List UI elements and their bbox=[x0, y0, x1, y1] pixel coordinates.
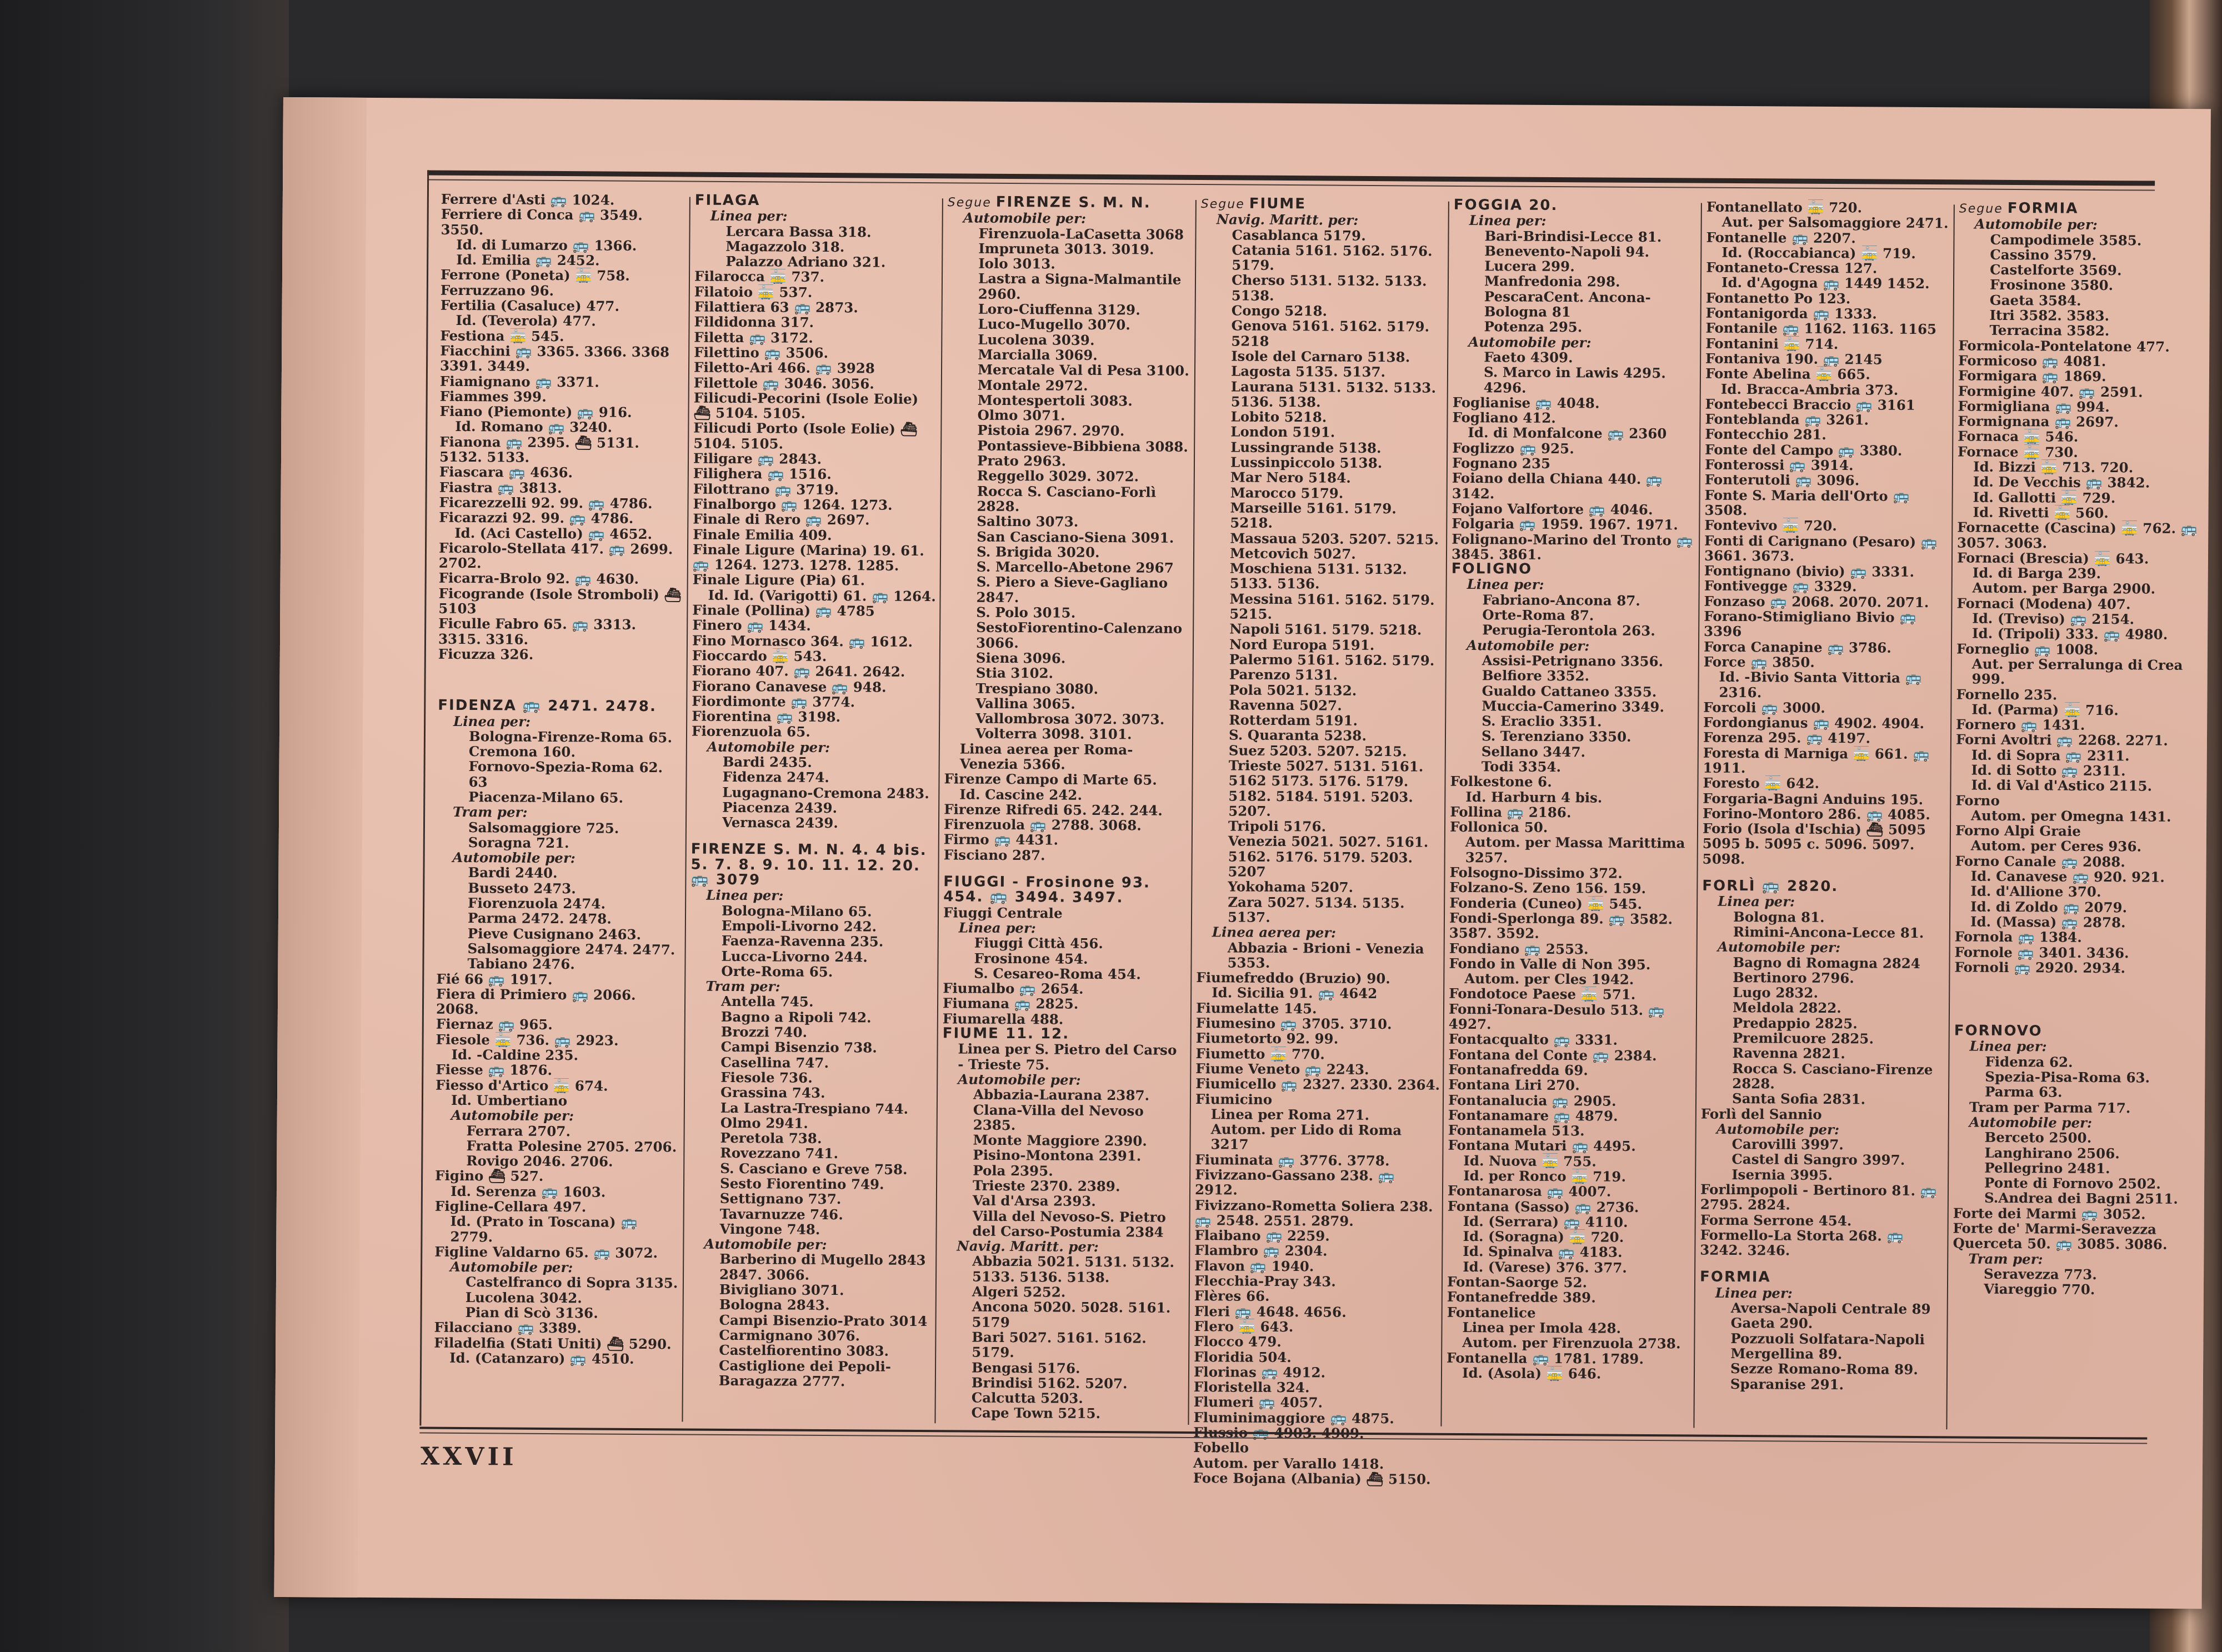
index-entry: Fiumefreddo (Bruzio) 90. bbox=[1196, 970, 1440, 987]
spacer bbox=[438, 662, 683, 675]
index-entry: Id. di Barga 239. bbox=[1957, 565, 2201, 582]
index-entry: Filighera 🚌 1516. bbox=[693, 466, 938, 483]
index-entry: Firenzuola 🚌 2788. 3068. bbox=[944, 817, 1188, 833]
heading-text: FORMIA bbox=[2008, 200, 2079, 217]
index-entry: Automobile per: bbox=[688, 1237, 933, 1253]
index-entry: Fivizzano-Gassano 238. 🚌 2912. bbox=[1195, 1167, 1439, 1199]
index-entry: Peretola 738. bbox=[689, 1130, 933, 1147]
index-entry: Ficuzza 326. bbox=[438, 647, 683, 663]
index-entry: Itri 3582. 3583. bbox=[1959, 308, 2203, 324]
index-entry: Barberino di Mugello 2843 2847. 3066. bbox=[688, 1251, 933, 1283]
index-entry: Palermo 5161. 5162. 5179. bbox=[1198, 652, 1443, 668]
index-entry: Fontanellato 🚋 720. bbox=[1706, 199, 1951, 216]
index-entry: Forno Canale 🚌 2088. bbox=[1955, 853, 2200, 870]
index-entry: Langhirano 2506. bbox=[1953, 1145, 2198, 1162]
index-entry: Fontanelle 🚌 2207. bbox=[1706, 229, 1950, 246]
index-entry: Perugia-Terontola 263. bbox=[1451, 622, 1695, 639]
index-entry: Benevento-Napoli 94. bbox=[1453, 243, 1698, 260]
index-entry: Fornoli 🚌 2920. 2934. bbox=[1954, 959, 2199, 976]
index-entry: Forni Avoltri 🚌 2268. 2271. bbox=[1956, 732, 2200, 749]
index-entry: Clana-Villa del Nevoso 2385. bbox=[942, 1102, 1187, 1134]
index-entry: Congo 5218. bbox=[1200, 303, 1445, 319]
index-entry: Linea per: bbox=[1700, 1285, 1944, 1301]
index-entry: Id. Canavese 🚌 920. 921. bbox=[1955, 868, 2199, 885]
index-entry: Abbazia-Laurana 2387. bbox=[942, 1087, 1187, 1103]
index-entry: Bardi 2440. bbox=[437, 865, 681, 882]
index-entry: Lugagnano-Cremona 2483. bbox=[691, 784, 935, 801]
index-entry: Fontanafredda 69. bbox=[1448, 1062, 1693, 1079]
index-entry: Fiernaz 🚌 965. bbox=[436, 1017, 680, 1033]
index-entry: Palazzo Adriano 321. bbox=[694, 254, 939, 271]
index-entry: Abbazia 5021. 5131. 5132. 5133. 5136. 51… bbox=[941, 1254, 1185, 1285]
index-entry: Flecchia-Pray 343. bbox=[1194, 1273, 1439, 1290]
index-entry: Follonica 50. bbox=[1450, 819, 1694, 836]
index-entry: Castiglione dei Pepoli-Baragazza 2777. bbox=[688, 1358, 932, 1389]
index-entry: Fonte del Campo 🚌 3380. bbox=[1705, 442, 1949, 458]
index-entry: Fontanelice bbox=[1447, 1305, 1691, 1321]
index-entry: Napoli 5161. 5179. 5218. bbox=[1198, 621, 1443, 638]
index-entry: Finero 🚌 1434. bbox=[692, 618, 937, 634]
section-heading: FOGGIA 20. bbox=[1454, 198, 1698, 214]
index-entry: Soragna 721. bbox=[437, 835, 682, 852]
index-entry: Filigare 🚌 2843. bbox=[693, 451, 938, 468]
index-entry: Id. Serenza 🚌 1603. bbox=[435, 1183, 679, 1200]
index-entry: Bari 5027. 5161. 5162. 5179. bbox=[940, 1329, 1185, 1361]
index-entry: Filetta 🚌 3172. bbox=[694, 329, 938, 346]
index-entry: Filicudi Porto (Isole Eolie) ⛴ 5104. 510… bbox=[693, 420, 938, 452]
spacer bbox=[1954, 987, 2199, 1001]
index-entry: Linea per: bbox=[438, 713, 682, 730]
index-entry: Seravezza 773. bbox=[1953, 1266, 2197, 1283]
scanned-page: Ferrere d'Asti 🚌 1024.Ferriere di Conca … bbox=[274, 97, 2211, 1609]
index-entry: S. Piero a Sieve-Gagliano 2847. bbox=[945, 574, 1189, 606]
index-entry: Id. Nuova 🚋 755. bbox=[1448, 1153, 1692, 1170]
index-entry: Brozzi 740. bbox=[690, 1024, 934, 1041]
section-heading: FORNOVO bbox=[1954, 1024, 2199, 1040]
index-entry: Ficarolo-Stellata 417. 🚌 2699. 2702. bbox=[439, 540, 683, 572]
index-entry: Linea per: bbox=[1702, 894, 1946, 910]
index-entry: Automobile per: bbox=[948, 211, 1192, 227]
index-entry: Fidenza 2474. bbox=[691, 769, 935, 786]
index-entry: Fino Mornasco 364. 🚌 1612. bbox=[692, 633, 937, 649]
index-entry: Gualdo Cattaneo 3355. bbox=[1450, 683, 1695, 699]
index-entry: Bardi 2435. bbox=[692, 754, 936, 770]
index-entry: Linea per Roma 271. bbox=[1195, 1107, 1440, 1123]
index-entry: Gaeta 3584. bbox=[1959, 292, 2203, 309]
index-entry: Fleri 🚌 4648. 4656. bbox=[1194, 1304, 1439, 1320]
index-entry: Autom. per Massa Marittima 3257. bbox=[1450, 834, 1694, 866]
index-entry: Metcovich 5027. bbox=[1199, 545, 1443, 562]
index-entry: Autom. per Varallo 1418. bbox=[1193, 1455, 1438, 1472]
index-entry: Fontebecci Braccio 🚌 3161 bbox=[1705, 397, 1950, 413]
index-entry: Catania 5161. 5162. 5176. 5179. bbox=[1200, 242, 1445, 274]
index-entry: Id. di Val d'Astico 2115. bbox=[1955, 778, 2200, 794]
index-entry: Fonni-Tonara-Desulo 513. 🚌 4927. bbox=[1449, 1002, 1693, 1033]
index-entry: Bagno a Ripoli 742. bbox=[690, 1009, 934, 1025]
index-entry: Fiumicino bbox=[1195, 1092, 1440, 1108]
index-entry: Fontanini 🚋 714. bbox=[1705, 336, 1950, 352]
index-entry: Firenze Rifredi 65. 242. 244. bbox=[944, 802, 1188, 818]
index-entry: Autom. per Omegna 1431. bbox=[1955, 808, 2200, 824]
index-entry: Sellano 3447. bbox=[1450, 744, 1695, 760]
index-entry: Cape Town 5215. bbox=[940, 1405, 1184, 1422]
index-entry: Id. d'Agogna 🚌 1449 1452. bbox=[1706, 275, 1950, 292]
index-entry: Pian di Scò 3136. bbox=[434, 1305, 679, 1321]
index-entry: Siena 3096. bbox=[945, 650, 1189, 667]
index-entry: Fontanamela 513. bbox=[1448, 1123, 1693, 1139]
index-entry: Magazzolo 318. bbox=[694, 238, 939, 255]
index-entry: Id. Spinalva 🚌 4183. bbox=[1447, 1244, 1691, 1260]
index-entry: Belfiore 3352. bbox=[1451, 668, 1695, 684]
index-entry: Ferriere di Conca 🚌 3549. 3550. bbox=[441, 207, 685, 238]
index-entry: Id. (Asola) 🚋 646. bbox=[1447, 1365, 1691, 1382]
index-entry: Empoli-Livorno 242. bbox=[690, 918, 935, 934]
index-entry: Fertilia (Casaluce) 477. bbox=[441, 298, 685, 314]
index-entry: Ravenna 2821. bbox=[1701, 1045, 1945, 1062]
index-entry: Aversa-Napoli Centrale 89 bbox=[1700, 1300, 1944, 1317]
index-entry: Linea aerea per: bbox=[1197, 924, 1441, 941]
index-entry: Fivizzano-Rometta Soliera 238. 🚌 2548. 2… bbox=[1195, 1198, 1439, 1229]
index-entry: Saltino 3073. bbox=[945, 514, 1190, 530]
index-entry: Aut. per Serralunga di Crea 999. bbox=[1956, 656, 2201, 688]
index-entry: Fondotoce Paese 🚋 571. bbox=[1449, 986, 1693, 1003]
index-entry: Frosinone 454. bbox=[943, 950, 1187, 967]
index-entry: Filetto-Ari 466. 🚌 3928 bbox=[694, 360, 938, 377]
index-entry: Lussingrande 5138. bbox=[1199, 439, 1444, 456]
index-entry: Id. Emilia 🚌 2452. bbox=[441, 252, 685, 269]
index-entry: Fonderia (Cuneo) 🚋 545. bbox=[1449, 895, 1694, 912]
index-entry: Tavarnuzze 746. bbox=[689, 1206, 933, 1223]
index-entry: Filadelfia (Stati Uniti) ⛴ 5290. bbox=[434, 1335, 678, 1351]
index-entry: Manfredonia 298. bbox=[1453, 273, 1698, 290]
index-entry: Ponte di Fornovo 2502. bbox=[1953, 1175, 2198, 1192]
index-entry: Fontanamare 🚌 4879. bbox=[1448, 1108, 1693, 1124]
index-entry: Folsogno-Dissimo 372. bbox=[1449, 865, 1694, 882]
index-entry: Forma Serrone 454. bbox=[1700, 1212, 1945, 1229]
index-entry: Fiumesino 🚌 3705. 3710. bbox=[1196, 1015, 1440, 1032]
index-entry: Piacenza-Milano 65. bbox=[437, 789, 682, 806]
index-entry: Fiorano Canavese 🚌 948. bbox=[692, 678, 936, 695]
index-entry: Fontaniva 190. 🚌 2145 bbox=[1705, 351, 1950, 368]
index-entry: Automobile per: bbox=[1701, 1121, 1945, 1138]
index-entry: Automobile per: bbox=[1453, 334, 1697, 351]
index-entry: Bengasi 5176. bbox=[940, 1360, 1185, 1376]
index-entry: S.Andrea dei Bagni 2511. bbox=[1953, 1190, 2198, 1207]
spacer bbox=[1954, 975, 2199, 989]
index-entry: Fisciano 287. bbox=[944, 847, 1188, 864]
index-entry: Navig. Maritt. per: bbox=[941, 1238, 1185, 1255]
index-entry: Filarocca 🚋 737. bbox=[694, 269, 939, 286]
index-entry: Id. (Catanzaro) 🚌 4510. bbox=[434, 1350, 678, 1367]
index-entry: Id. di Monfalcone 🚌 2360 bbox=[1452, 425, 1696, 442]
index-entry: Santa Sofia 2831. bbox=[1701, 1091, 1945, 1108]
index-entry: Fonterutoli 🚌 3096. bbox=[1705, 472, 1949, 489]
index-entry: Rimini-Ancona-Lecce 81. bbox=[1702, 924, 1946, 941]
index-entry: Fontan-Saorge 52. bbox=[1447, 1274, 1691, 1291]
index-entry: Ficarra-Brolo 92. 🚌 4630. bbox=[439, 570, 683, 587]
index-entry: Sezze Romano-Roma 89. bbox=[1699, 1361, 1944, 1378]
index-entry: Forano-Stimigliano Bivio 🚌 3396 bbox=[1704, 609, 1948, 640]
index-entry: Massaua 5203. 5207. 5215. bbox=[1199, 530, 1443, 547]
index-entry: Figino ⛴ 527. bbox=[435, 1168, 679, 1185]
index-entry: Foglianise 🚌 4048. bbox=[1453, 395, 1697, 412]
index-entry: Isole del Carnaro 5138. bbox=[1200, 348, 1444, 365]
index-entry: Fonzaso 🚌 2068. 2070. 2071. bbox=[1704, 593, 1948, 610]
index-entry: Automobile per: bbox=[434, 1259, 679, 1276]
spacer bbox=[438, 674, 683, 688]
index-entry: Fluminimaggiore 🚌 4875. bbox=[1193, 1410, 1438, 1426]
index-entry: Forio (Isola d'Ischia) ⛴ 5095 5095 b. 50… bbox=[1703, 821, 1947, 868]
section-heading: SegueFORMIA bbox=[1959, 201, 2204, 218]
index-entry: Fondi-Sperlonga 89. 🚌 3582. 3587. 3592. bbox=[1449, 910, 1694, 942]
index-entry: Fiorenzuola 2474. bbox=[437, 895, 681, 912]
index-entry: Lercara Bassa 318. bbox=[694, 223, 939, 240]
index-entry: Automobile per: bbox=[692, 739, 936, 755]
index-entry: Foresto 🚋 642. bbox=[1703, 775, 1947, 792]
index-entry: Abbazia - Brioni - Venezia 5353. bbox=[1196, 940, 1440, 972]
index-entry: Linea per: bbox=[1452, 577, 1696, 593]
index-entry: Fonterossi 🚌 3914. bbox=[1705, 457, 1949, 474]
index-entry: Firmo 🚌 4431. bbox=[944, 832, 1188, 849]
index-entry: Linea per: bbox=[695, 208, 939, 225]
index-entry: Id. Romano 🚌 3240. bbox=[439, 419, 684, 435]
index-entry: Fornello 235. bbox=[1956, 687, 2200, 703]
index-entry: Id. di Sotto 🚌 2311. bbox=[1956, 762, 2200, 779]
section-heading: FILAGA bbox=[695, 193, 939, 210]
index-entry: Id. di Sopra 🚌 2311. bbox=[1956, 747, 2200, 764]
index-entry: Laurana 5131. 5132. 5133. 5136. 5138. bbox=[1200, 379, 1444, 411]
index-entry: Ferrone (Poneta) 🚋 758. bbox=[441, 267, 685, 284]
index-entry: Forte dei Marmi 🚌 3052. bbox=[1953, 1205, 2198, 1222]
index-entry: Trespiano 3080. bbox=[944, 680, 1189, 697]
index-entry: Figline Valdarno 65. 🚌 3072. bbox=[434, 1244, 679, 1261]
index-entry: Folgaria 🚌 1959. 1967. 1971. bbox=[1452, 516, 1696, 533]
index-entry: Campi Bisenzio-Prato 3014 bbox=[688, 1312, 932, 1329]
index-entry: Finale Emilia 409. bbox=[693, 527, 937, 543]
index-entry: Potenza 295. bbox=[1453, 319, 1697, 336]
index-entry: Pellegrino 2481. bbox=[1953, 1160, 2198, 1177]
index-entry: Fonteblanda 🚌 3261. bbox=[1705, 412, 1949, 428]
index-column-2: FILAGALinea per:Lercara Bassa 318.Magazz… bbox=[688, 193, 939, 1390]
index-entry: Id. De Vecchis 🚌 3842. bbox=[1958, 474, 2202, 491]
index-entry: Fontanefredde 389. bbox=[1447, 1289, 1691, 1306]
index-entry: Pieve Cusignano 2463. bbox=[437, 925, 681, 942]
index-entry: Cassino 3579. bbox=[1959, 247, 2203, 263]
index-entry: Id. (Massa) 🚌 2878. bbox=[1955, 914, 2199, 930]
index-entry: Flères 66. bbox=[1194, 1288, 1439, 1305]
index-entry: Sesto Fiorentino 749. bbox=[689, 1175, 933, 1192]
index-entry: Linea per: bbox=[690, 888, 935, 904]
index-entry: Fiano (Piemonte) 🚌 916. bbox=[439, 404, 684, 420]
index-entry: Volterra 3098. 3101. bbox=[944, 726, 1189, 743]
index-entry: Fiesole 🚋 736. 🚌 2923. bbox=[436, 1032, 680, 1048]
index-entry: Fontanile 🚌 1162. 1163. 1165 bbox=[1705, 321, 1950, 337]
index-entry: Id. Harburn 4 bis. bbox=[1450, 789, 1694, 805]
index-entry: Filottrano 🚌 3719. bbox=[693, 481, 938, 498]
index-entry: Terracina 3582. bbox=[1958, 323, 2203, 339]
index-entry: Fondiano 🚌 2553. bbox=[1449, 940, 1694, 957]
index-entry: Mar Nero 5184. bbox=[1199, 469, 1444, 486]
index-entry: Fiesole 736. bbox=[689, 1069, 934, 1086]
section-heading: FOLIGNO bbox=[1452, 562, 1696, 578]
index-entry: Fiordimonte 🚌 3774. bbox=[692, 693, 936, 710]
index-entry: Firenzuola-LaCasetta 3068 bbox=[947, 226, 1192, 242]
section-heading: FIUME 11. 12. bbox=[943, 1026, 1187, 1043]
heading-text: FIRENZE S. M. N. bbox=[996, 194, 1151, 212]
index-entry: Lucca-Livorno 244. bbox=[690, 948, 934, 965]
index-entry: Muccia-Camerino 3349. bbox=[1450, 698, 1695, 715]
index-entry: Tripoli 5176. bbox=[1197, 818, 1442, 835]
index-entry: Forno bbox=[1955, 793, 2200, 809]
index-entry: Lastra a Signa-Malmantile 2960. bbox=[947, 271, 1192, 303]
section-heading: SegueFIUME bbox=[1201, 196, 1445, 213]
index-entry: Fiascara 🚌 4636. bbox=[439, 464, 684, 481]
heading-text: FIUME bbox=[1249, 196, 1306, 213]
index-entry: Zara 5027. 5134. 5135. 5137. bbox=[1197, 894, 1441, 926]
index-entry: Vallina 3065. bbox=[944, 695, 1189, 712]
index-entry: Fontivegge 🚌 3329. bbox=[1704, 578, 1949, 595]
index-entry: Id. (Roccabianca) 🚋 719. bbox=[1706, 245, 1950, 262]
index-entry: Fiumelatte 145. bbox=[1196, 1000, 1440, 1017]
index-entry: Formicola-Pontelatone 477. bbox=[1958, 338, 2203, 354]
index-entry: Foresta di Marniga 🚋 661. 🚌 1911. bbox=[1703, 745, 1948, 777]
index-entry: Automobile per: bbox=[1959, 217, 2204, 233]
index-entry: Calcutta 5203. bbox=[940, 1390, 1185, 1406]
index-entry: Fontana Liri 270. bbox=[1448, 1077, 1693, 1094]
index-entry: Fioccardo 🚋 543. bbox=[692, 648, 937, 664]
index-entry: Id. (Teverola) 477. bbox=[440, 313, 684, 329]
index-entry: Fonte S. Maria dell'Orto 🚌 3508. bbox=[1704, 487, 1949, 519]
index-entry: Rocca S. Casciano-Forlì 2828. bbox=[945, 483, 1190, 515]
index-entry: Cremona 160. bbox=[438, 744, 682, 760]
index-entry: Val d'Arsa 2393. bbox=[942, 1193, 1186, 1210]
index-entry: Forno Alpi Graie bbox=[1955, 823, 2200, 840]
index-entry: Fonti di Carignano (Pesaro) 🚌 3661. 3673… bbox=[1704, 533, 1949, 564]
index-entry: Autom. per Barga 2900. bbox=[1957, 580, 2201, 597]
index-entry: Foglizzo 🚌 925. bbox=[1452, 440, 1696, 457]
index-entry: Salsomaggiore 2474. 2477. bbox=[437, 941, 681, 958]
index-entry: Fiastra 🚌 3813. bbox=[439, 479, 684, 496]
index-entry: Autom. per Ceres 936. bbox=[1955, 838, 2200, 855]
index-entry: Autom. per Lido di Roma 3217 bbox=[1195, 1122, 1439, 1153]
index-entry: Ficarazzi 92. 99. 🚌 4786. bbox=[439, 510, 683, 527]
index-entry: Nord Europa 5191. bbox=[1198, 637, 1443, 653]
index-entry: Fiorentina 🚌 3198. bbox=[692, 709, 936, 725]
index-entry: Automobile per: bbox=[942, 1072, 1187, 1088]
index-entry: Fiume Veneto 🚌 2243. bbox=[1195, 1061, 1440, 1078]
index-entry: Messina 5161. 5162. 5179. 5215. bbox=[1198, 591, 1443, 623]
index-entry: S. Cesareo-Roma 454. bbox=[943, 965, 1187, 982]
index-entry: Forlì del Sannio bbox=[1701, 1106, 1945, 1123]
index-column-1: Ferrere d'Asti 🚌 1024.Ferriere di Conca … bbox=[434, 192, 685, 1367]
index-entry: Tabiano 2476. bbox=[436, 956, 680, 973]
index-entry: Fratta Polesine 2705. 2706. bbox=[435, 1138, 679, 1155]
index-entry: Flumeri 🚌 4057. bbox=[1194, 1395, 1438, 1411]
index-entry: Tram per Parma 717. bbox=[1954, 1099, 2198, 1116]
index-entry: Flero 🚋 643. bbox=[1194, 1319, 1438, 1335]
index-entry: La Lastra-Trespiano 744. bbox=[689, 1100, 934, 1117]
index-entry: Villa del Nevoso-S. Pietro del Carso-Pos… bbox=[941, 1208, 1185, 1240]
index-entry: Mercatale Val di Pesa 3100. bbox=[947, 362, 1191, 379]
index-entry: Id. di Zoldo 🚌 2079. bbox=[1955, 899, 2199, 915]
index-entry: Todi 3354. bbox=[1450, 759, 1695, 775]
index-entry: Venezia 5021. 5027. 5161. 5162. 5176. 51… bbox=[1197, 834, 1441, 881]
index-entry: Vernasca 2439. bbox=[691, 815, 935, 832]
index-entry: Ficarezzelli 92. 99. 🚌 4786. bbox=[439, 495, 683, 512]
index-entry: S. Marco in Lawis 4295. 4296. bbox=[1453, 364, 1697, 396]
index-entry: Fontanetto Po 123. bbox=[1706, 290, 1950, 307]
index-entry: Id. Cascine 242. bbox=[944, 787, 1188, 803]
index-entry: Folkestone 6. bbox=[1450, 774, 1694, 790]
index-entry: Flambro 🚌 2304. bbox=[1194, 1243, 1439, 1260]
index-entry: Folignano-Marino del Tronto 🚌 3845. 3861… bbox=[1452, 531, 1696, 563]
index-entry: Linea per: bbox=[1954, 1039, 2199, 1055]
index-entry: PescaraCent. Ancona-Bologna 81 bbox=[1453, 289, 1698, 321]
index-entry: Gaeta 290. bbox=[1699, 1315, 1944, 1332]
index-entry: Pola 2395. bbox=[942, 1163, 1186, 1179]
index-entry: Foiano della Chiana 440. 🚌 3142. bbox=[1452, 470, 1696, 502]
index-entry: Follina 🚌 2186. bbox=[1450, 804, 1694, 821]
index-entry: Iolo 3013. bbox=[947, 256, 1192, 272]
index-entry: Fiorenzuola 65. bbox=[692, 724, 936, 740]
index-entry: Lucolena 3042. bbox=[434, 1289, 679, 1306]
index-entry: Luco-Mugello 3070. bbox=[947, 317, 1191, 333]
index-entry: Aut. per Salsomaggiore 2471. bbox=[1706, 214, 1951, 231]
index-entry: Fiesso d'Artico 🚋 674. bbox=[436, 1077, 680, 1094]
index-entry: Fianona 🚌 2395. ⛴ 5131. 5132. 5133. bbox=[439, 434, 684, 465]
index-entry: Castelfranco di Sopra 3135. bbox=[434, 1274, 679, 1291]
index-entry: Firenze Campo di Marte 65. bbox=[944, 772, 1188, 788]
index-entry: Salsomaggiore 725. bbox=[437, 819, 682, 836]
index-entry: Fontana (Sasso) 🚌 2736. bbox=[1448, 1198, 1692, 1215]
index-entry: Rocca S. Casciano-Firenze 2828. bbox=[1701, 1060, 1945, 1092]
index-entry: Id. di Lumarzo 🚌 1366. bbox=[441, 237, 685, 254]
index-entry: Suez 5203. 5207. 5215. bbox=[1198, 743, 1442, 759]
index-entry: Busseto 2473. bbox=[437, 880, 681, 897]
index-entry: Fornacette (Cascina) 🚋 762. 🚌 3057. 3063… bbox=[1957, 520, 2201, 552]
index-entry: Casablanca 5179. bbox=[1200, 227, 1445, 244]
index-entry: Linea per: bbox=[1454, 213, 1698, 229]
index-column-6: Fontanellato 🚋 720.Aut. per Salsomaggior… bbox=[1699, 199, 1951, 1393]
index-entry: Fontacqualto 🚌 3331. bbox=[1449, 1032, 1693, 1048]
index-entry: Pola 5021. 5132. bbox=[1198, 682, 1442, 699]
index-entry: Id. (Tripoli) 333. 🚌 4980. bbox=[1956, 626, 2201, 643]
index-entry: Finale Ligure (Pia) 61. bbox=[693, 572, 937, 589]
index-entry: Parenzo 5131. bbox=[1198, 667, 1443, 683]
index-entry: Grassina 743. bbox=[689, 1085, 934, 1102]
index-entry: Algeri 5252. bbox=[941, 1284, 1185, 1300]
index-entry: Ficogrande (Isole Stromboli) ⛴ 5103 bbox=[438, 585, 683, 617]
index-entry: Fiumetto 🚋 770. bbox=[1195, 1046, 1440, 1063]
index-entry: Id. (Varese) 376. 377. bbox=[1447, 1259, 1691, 1276]
index-entry: Formignana 🚌 2697. bbox=[1958, 414, 2202, 430]
segue-label: Segue bbox=[1959, 202, 2003, 216]
index-entry: Florinas 🚌 4912. bbox=[1194, 1364, 1438, 1381]
index-entry: Forte de' Marmi-Seravezza Querceta 50. 🚌… bbox=[1953, 1220, 2197, 1252]
index-entry: Automobile per: bbox=[437, 850, 682, 867]
index-entry: Force 🚌 3850. bbox=[1704, 654, 1948, 671]
index-entry: Bivigliano 3071. bbox=[688, 1282, 933, 1299]
index-entry: Castelforte 3569. bbox=[1959, 262, 2203, 279]
index-entry: Trieste 5027. 5131. 5161. 5162 5173. 517… bbox=[1197, 758, 1442, 820]
index-entry: Fordongianus 🚌 4902. 4904. bbox=[1703, 715, 1948, 732]
index-entry: S. Brigida 3020. bbox=[945, 544, 1190, 560]
index-entry: Prato 2963. bbox=[946, 453, 1190, 469]
index-entry: Marcialla 3069. bbox=[947, 347, 1191, 363]
index-entry: Filatoio 🚋 537. bbox=[694, 284, 939, 301]
index-entry: Forcoli 🚌 3000. bbox=[1703, 699, 1948, 716]
index-entry: Rovezzano 741. bbox=[689, 1145, 933, 1162]
